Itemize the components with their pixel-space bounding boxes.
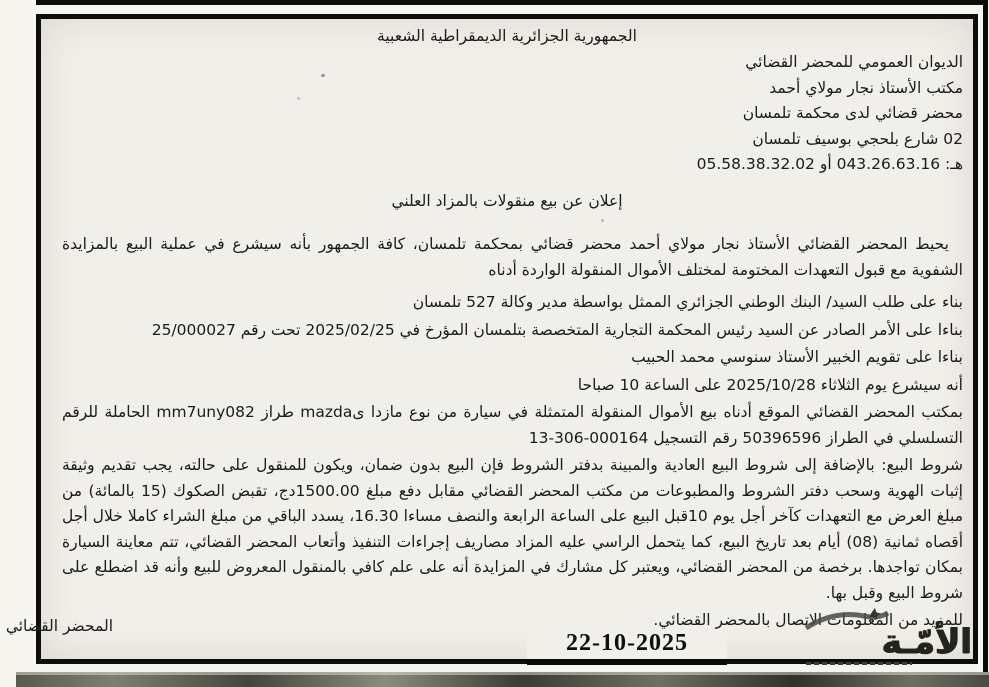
- column-rule-right: [983, 0, 988, 672]
- logo-swoosh-icon: [802, 607, 890, 633]
- republic-header: الجمهورية الجزائرية الديمقراطية الشعبية: [41, 27, 973, 45]
- newspaper-logo: الأمّـة: [798, 607, 972, 667]
- logo-wordmark: الأمّـة: [882, 625, 972, 659]
- office-line-phone: هـ: 043.26.63.16 أو 05.58.38.32.02: [697, 152, 963, 178]
- office-line-court: محضر قضائي لدى محكمة تلمسان: [697, 101, 963, 127]
- paragraph-conditions: شروط البيع: بالإضافة إلى شروط البيع العا…: [62, 453, 963, 606]
- scan-speck: [601, 219, 604, 222]
- column-rule-top: [36, 0, 983, 5]
- office-line-address: 02 شارع بلحجي بوسيف تلمسان: [697, 127, 963, 153]
- signature-label: المحضر القضائي: [6, 617, 113, 635]
- paragraph-request: بناء على طلب السيد/ البنك الوطني الجزائر…: [62, 290, 963, 316]
- logo-tagline-smudge: [806, 662, 912, 665]
- scan-speck: [297, 97, 300, 100]
- legal-notice-frame: الجمهورية الجزائرية الديمقراطية الشعبية …: [36, 14, 978, 664]
- notice-title: إعلان عن بيع منقولات بالمزاد العلني: [41, 192, 973, 210]
- paragraph-vehicle: بمكتب المحضر القضائي الموقع أدناه بيع ال…: [62, 400, 963, 451]
- photo-strip: [16, 672, 989, 687]
- office-line-name: مكتب الأستاذ نجار مولاي أحمد: [697, 76, 963, 102]
- office-header-block: الديوان العمومي للمحضر القضائي مكتب الأس…: [697, 50, 963, 178]
- notice-body: يحيط المحضر القضائي الأستاذ نجار مولاي أ…: [62, 232, 963, 636]
- office-line-diwan: الديوان العمومي للمحضر القضائي: [697, 50, 963, 76]
- scanned-newspaper-page: الجمهورية الجزائرية الديمقراطية الشعبية …: [0, 0, 989, 687]
- publication-date: 22-10-2025: [527, 630, 727, 665]
- scan-speck: [321, 74, 325, 77]
- paragraph-expert: بناءا على تقويم الخبير الأستاذ سنوسي محم…: [62, 345, 963, 371]
- paragraph-court-order: بناءا على الأمر الصادر عن السيد رئيس الم…: [62, 318, 963, 344]
- paragraph-auction-date: أنه سيشرع يوم الثلاثاء 2025/10/28 على ال…: [62, 373, 963, 399]
- paragraph-intro: يحيط المحضر القضائي الأستاذ نجار مولاي أ…: [62, 232, 963, 283]
